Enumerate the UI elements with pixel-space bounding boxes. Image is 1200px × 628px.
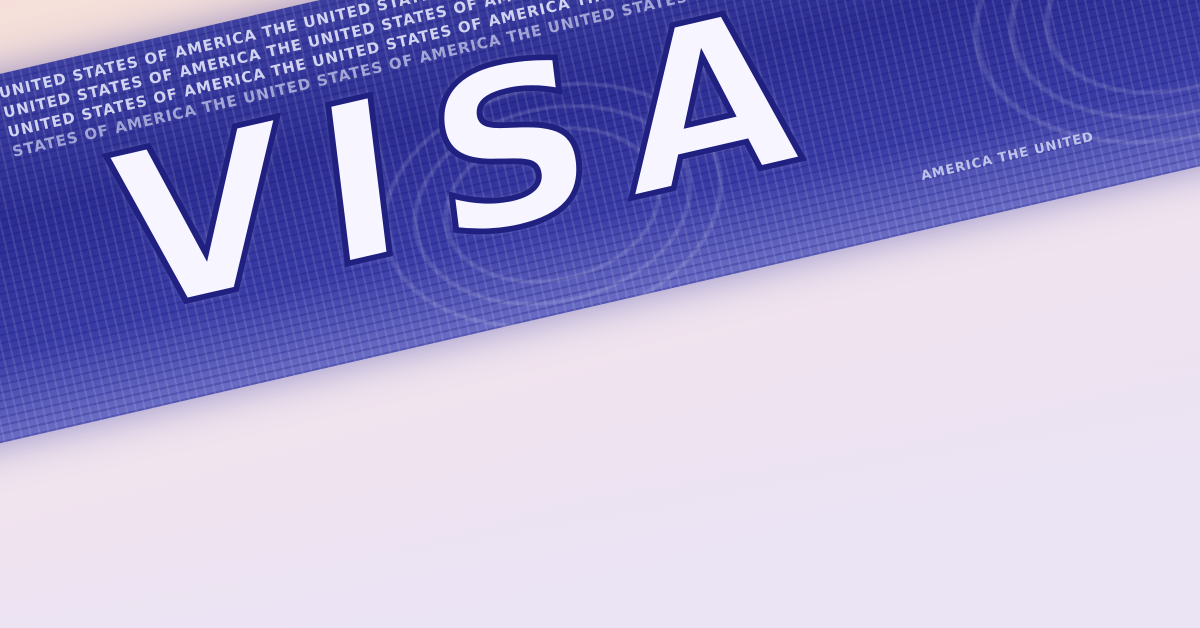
paper-bottom-blur xyxy=(0,368,1200,628)
security-print-band: UNITED STATES OF AMERICA THE UNITED STAT… xyxy=(0,0,1200,471)
visa-photo: UNITED STATES OF AMERICA THE UNITED STAT… xyxy=(0,0,1200,628)
